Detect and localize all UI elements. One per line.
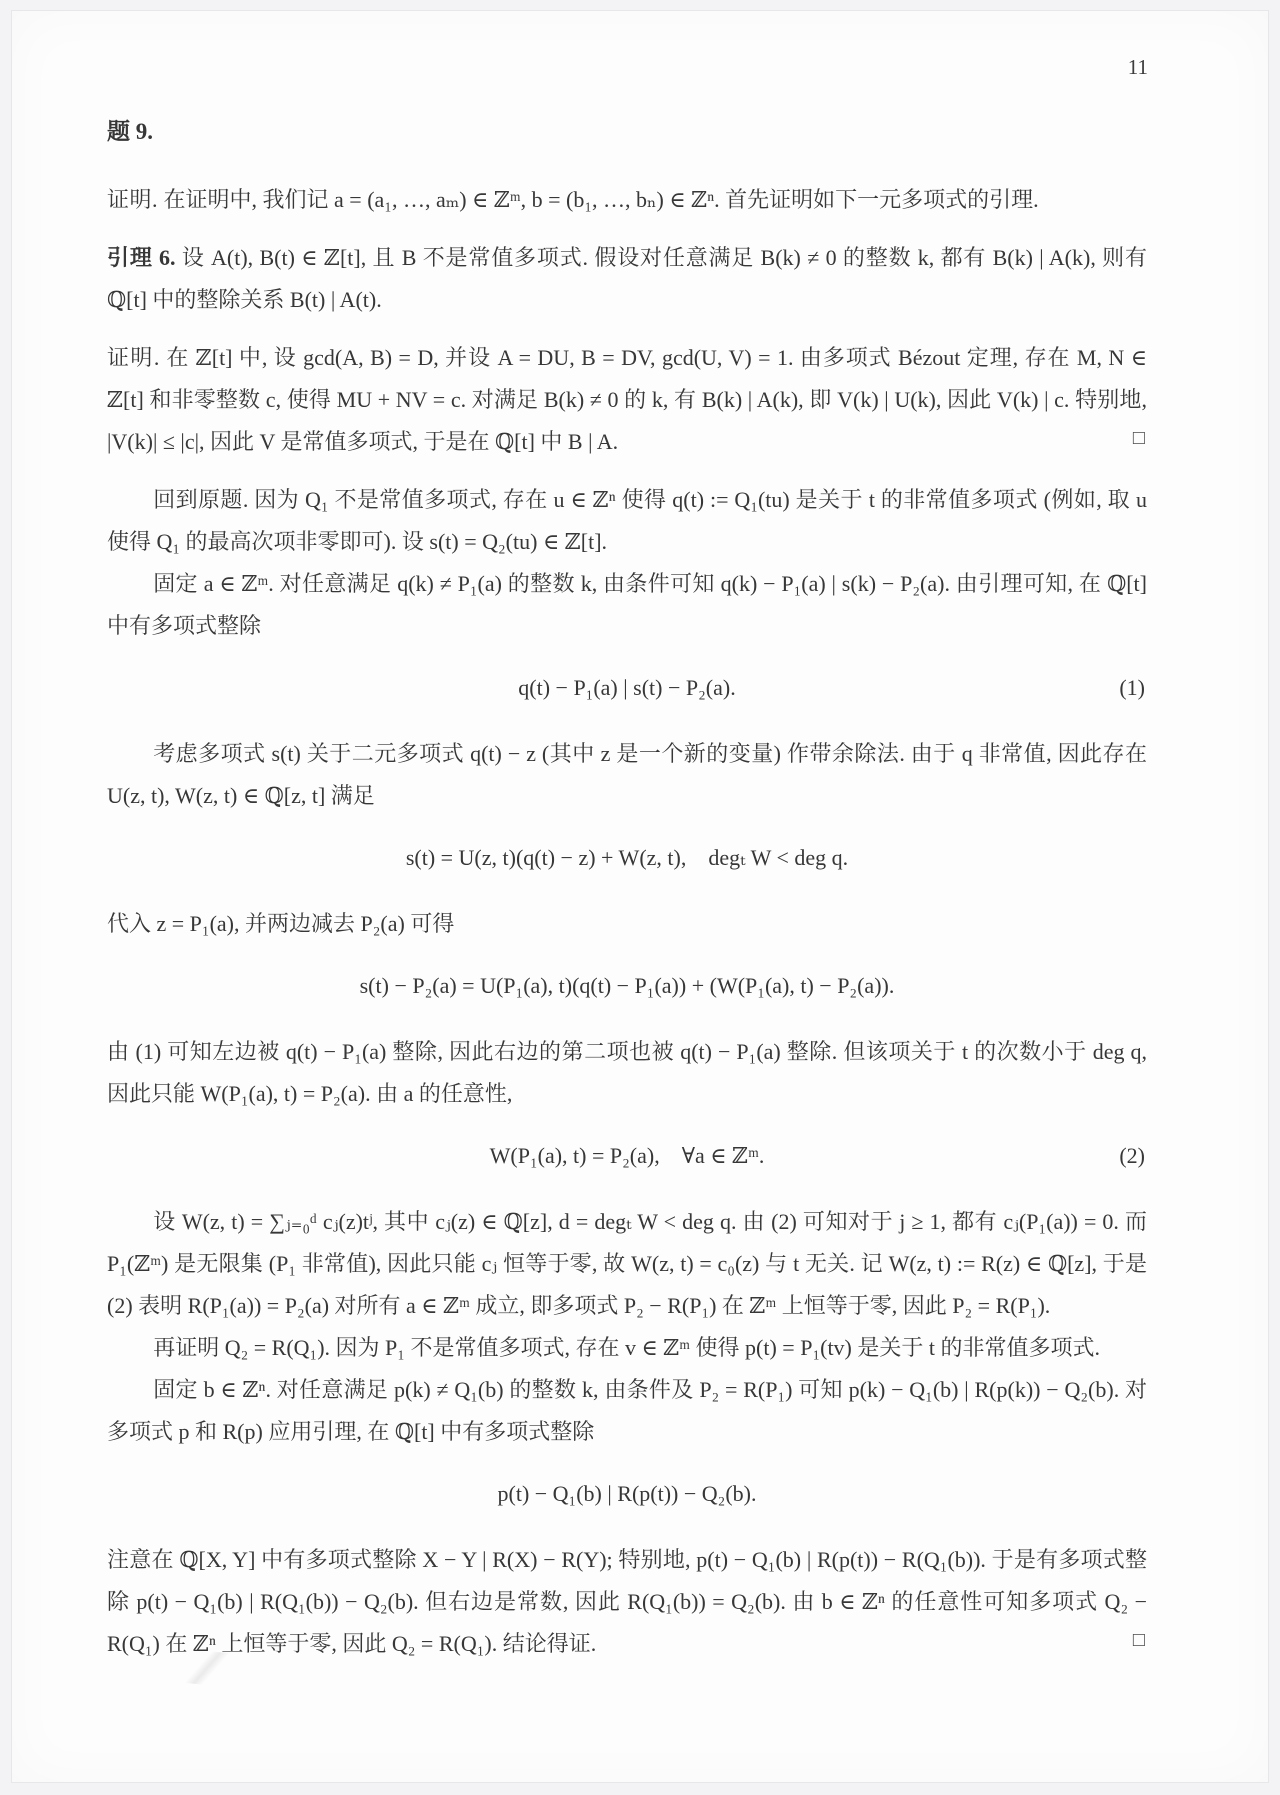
scanned-page: 11 题 9. 证明. 在证明中, 我们记 a = (a₁, …, aₘ) ∈ … xyxy=(11,10,1269,1783)
equation-substituted: s(t) − P₂(a) = U(P₁(a), t)(q(t) − P₁(a))… xyxy=(107,965,1147,1007)
equation-1-formula: q(t) − P₁(a) | s(t) − P₂(a). xyxy=(518,675,735,700)
proof-label: 证明. xyxy=(107,187,158,212)
show-q2-paragraph: 再证明 Q₂ = R(Q₁). 因为 P₁ 不是常值多项式, 存在 v ∈ ℤᵐ… xyxy=(107,1327,1147,1369)
substitution-paragraph: 代入 z = P₁(a), 并两边减去 P₂(a) 可得 xyxy=(107,903,1147,945)
fix-a-paragraph: 固定 a ∈ ℤᵐ. 对任意满足 q(k) ≠ P₁(a) 的整数 k, 由条件… xyxy=(107,563,1147,647)
equation-remainder-formula: s(t) = U(z, t)(q(t) − z) + W(z, t), degₜ… xyxy=(406,845,848,870)
proof-intro-text: 在证明中, 我们记 a = (a₁, …, aₘ) ∈ ℤᵐ, b = (b₁,… xyxy=(164,187,1039,212)
lemma-label: 引理 6. xyxy=(107,245,176,270)
equation-1: q(t) − P₁(a) | s(t) − P₂(a).(1) xyxy=(107,667,1147,709)
conclusion-text: 注意在 ℚ[X, Y] 中有多项式整除 X − Y | R(X) − R(Y);… xyxy=(107,1547,1147,1656)
equation-remainder: s(t) = U(z, t)(q(t) − z) + W(z, t), degₜ… xyxy=(107,837,1147,879)
conclusion-paragraph: 注意在 ℚ[X, Y] 中有多项式整除 X − Y | R(X) − R(Y);… xyxy=(107,1539,1147,1665)
qed-symbol: □ xyxy=(1133,1619,1145,1661)
page-number: 11 xyxy=(1128,55,1148,80)
lemma-text: 设 A(t), B(t) ∈ ℤ[t], 且 B 不是常值多项式. 假设对任意满… xyxy=(107,245,1147,312)
page-content: 题 9. 证明. 在证明中, 我们记 a = (a₁, …, aₘ) ∈ ℤᵐ,… xyxy=(107,111,1147,1681)
lemma-proof-text: 在 ℤ[t] 中, 设 gcd(A, B) = D, 并设 A = DU, B … xyxy=(107,345,1147,454)
equation-2: W(P₁(a), t) = P₂(a), ∀a ∈ ℤᵐ.(2) xyxy=(107,1135,1147,1177)
lemma-proof-paragraph: 证明. 在 ℤ[t] 中, 设 gcd(A, B) = D, 并设 A = DU… xyxy=(107,337,1147,463)
equation-final-divisibility: p(t) − Q₁(b) | R(p(t)) − Q₂(b). xyxy=(107,1473,1147,1515)
division-paragraph: 考虑多项式 s(t) 关于二元多项式 q(t) − z (其中 z 是一个新的变… xyxy=(107,733,1147,817)
qed-symbol: □ xyxy=(1133,417,1145,459)
degree-argument-paragraph: 由 (1) 可知左边被 q(t) − P₁(a) 整除, 因此右边的第二项也被 … xyxy=(107,1031,1147,1115)
equation-substituted-formula: s(t) − P₂(a) = U(P₁(a), t)(q(t) − P₁(a))… xyxy=(360,973,895,998)
equation-2-number: (2) xyxy=(1119,1135,1145,1177)
equation-2-formula: W(P₁(a), t) = P₂(a), ∀a ∈ ℤᵐ. xyxy=(490,1143,765,1168)
equation-1-number: (1) xyxy=(1119,667,1145,709)
fix-b-paragraph: 固定 b ∈ ℤⁿ. 对任意满足 p(k) ≠ Q₁(b) 的整数 k, 由条件… xyxy=(107,1369,1147,1453)
proof-label: 证明. xyxy=(107,345,160,370)
lemma-paragraph: 引理 6. 设 A(t), B(t) ∈ ℤ[t], 且 B 不是常值多项式. … xyxy=(107,237,1147,321)
proof-intro-paragraph: 证明. 在证明中, 我们记 a = (a₁, …, aₘ) ∈ ℤᵐ, b = … xyxy=(107,179,1147,221)
equation-final-divisibility-formula: p(t) − Q₁(b) | R(p(t)) − Q₂(b). xyxy=(498,1481,757,1506)
coefficients-paragraph: 设 W(z, t) = ∑ⱼ₌₀ᵈ cⱼ(z)tʲ, 其中 cⱼ(z) ∈ ℚ[… xyxy=(107,1201,1147,1327)
return-to-problem-paragraph: 回到原题. 因为 Q₁ 不是常值多项式, 存在 u ∈ ℤⁿ 使得 q(t) :… xyxy=(107,479,1147,563)
problem-heading: 题 9. xyxy=(107,111,1147,153)
